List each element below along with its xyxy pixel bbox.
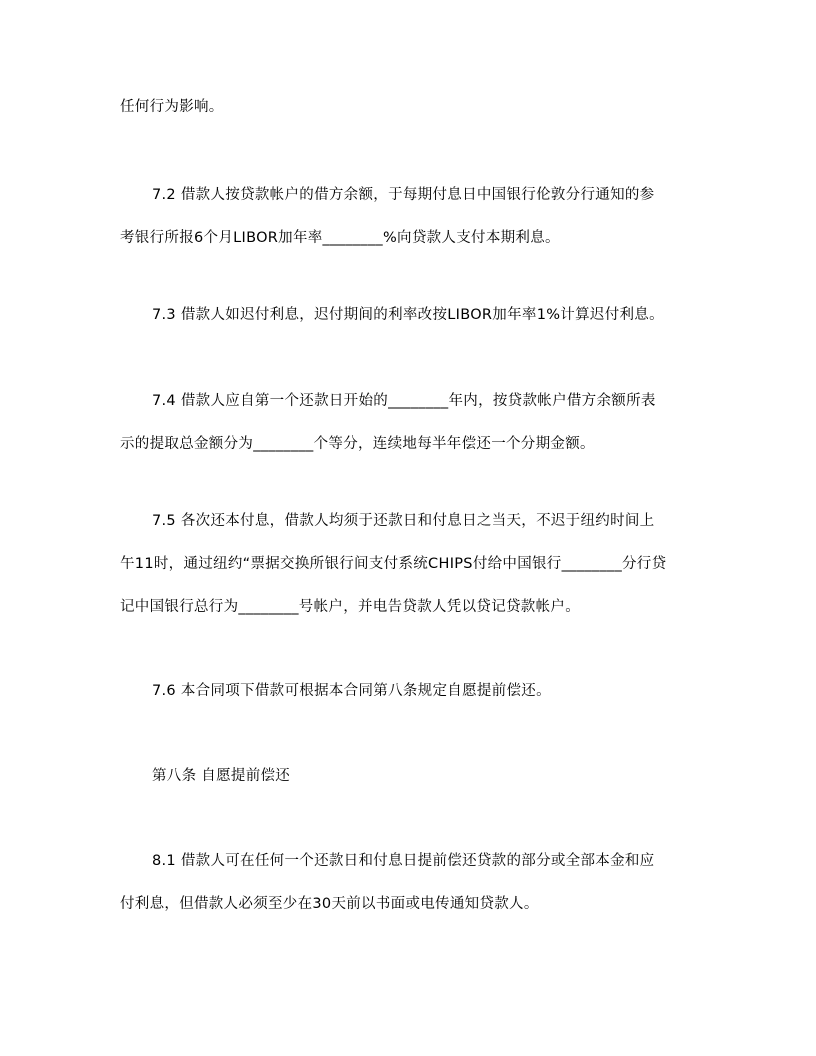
clause-7-6: 7.6 本合同项下借款可根据本合同第八条规定自愿提前偿还。 xyxy=(152,679,551,700)
clause-7-5-line-1: 7.5 各次还本付息，借款人均须于还款日和付息日之当天，不迟于纽约时间上 xyxy=(152,509,654,530)
clause-7-4-line-2: 示的提取总金额分为________个等分，连续地每半年偿还一个分期金额。 xyxy=(120,432,595,453)
clause-7-4-line-1: 7.4 借款人应自第一个还款日开始的________年内，按贷款帐户借方余额所表 xyxy=(152,389,656,410)
clause-7-5-line-3: 记中国银行总行为________号帐户，并电告贷款人凭以贷记贷款帐户。 xyxy=(120,595,580,616)
text-line-continuation: 任何行为影响。 xyxy=(120,95,224,116)
clause-7-5-line-2: 午11时，通过纽约“票据交换所银行间支付系统CHIPS付给中国银行_______… xyxy=(120,552,666,573)
article-8-heading: 第八条 自愿提前偿还 xyxy=(152,764,290,785)
clause-7-2-line-1: 7.2 借款人按贷款帐户的借方余额，于每期付息日中国银行伦敦分行通知的参 xyxy=(152,183,654,204)
clause-7-2-line-2: 考银行所报6个月LIBOR加年率________%向贷款人支付本期利息。 xyxy=(120,226,560,247)
clause-7-3: 7.3 借款人如迟付利息，迟付期间的利率改按LIBOR加年率1%计算迟付利息。 xyxy=(152,303,664,324)
clause-8-1-line-1: 8.1 借款人可在任何一个还款日和付息日提前偿还贷款的部分或全部本金和应 xyxy=(152,849,654,870)
clause-8-1-line-2: 付利息，但借款人必须至少在30天前以书面或电传通知贷款人。 xyxy=(120,892,539,913)
